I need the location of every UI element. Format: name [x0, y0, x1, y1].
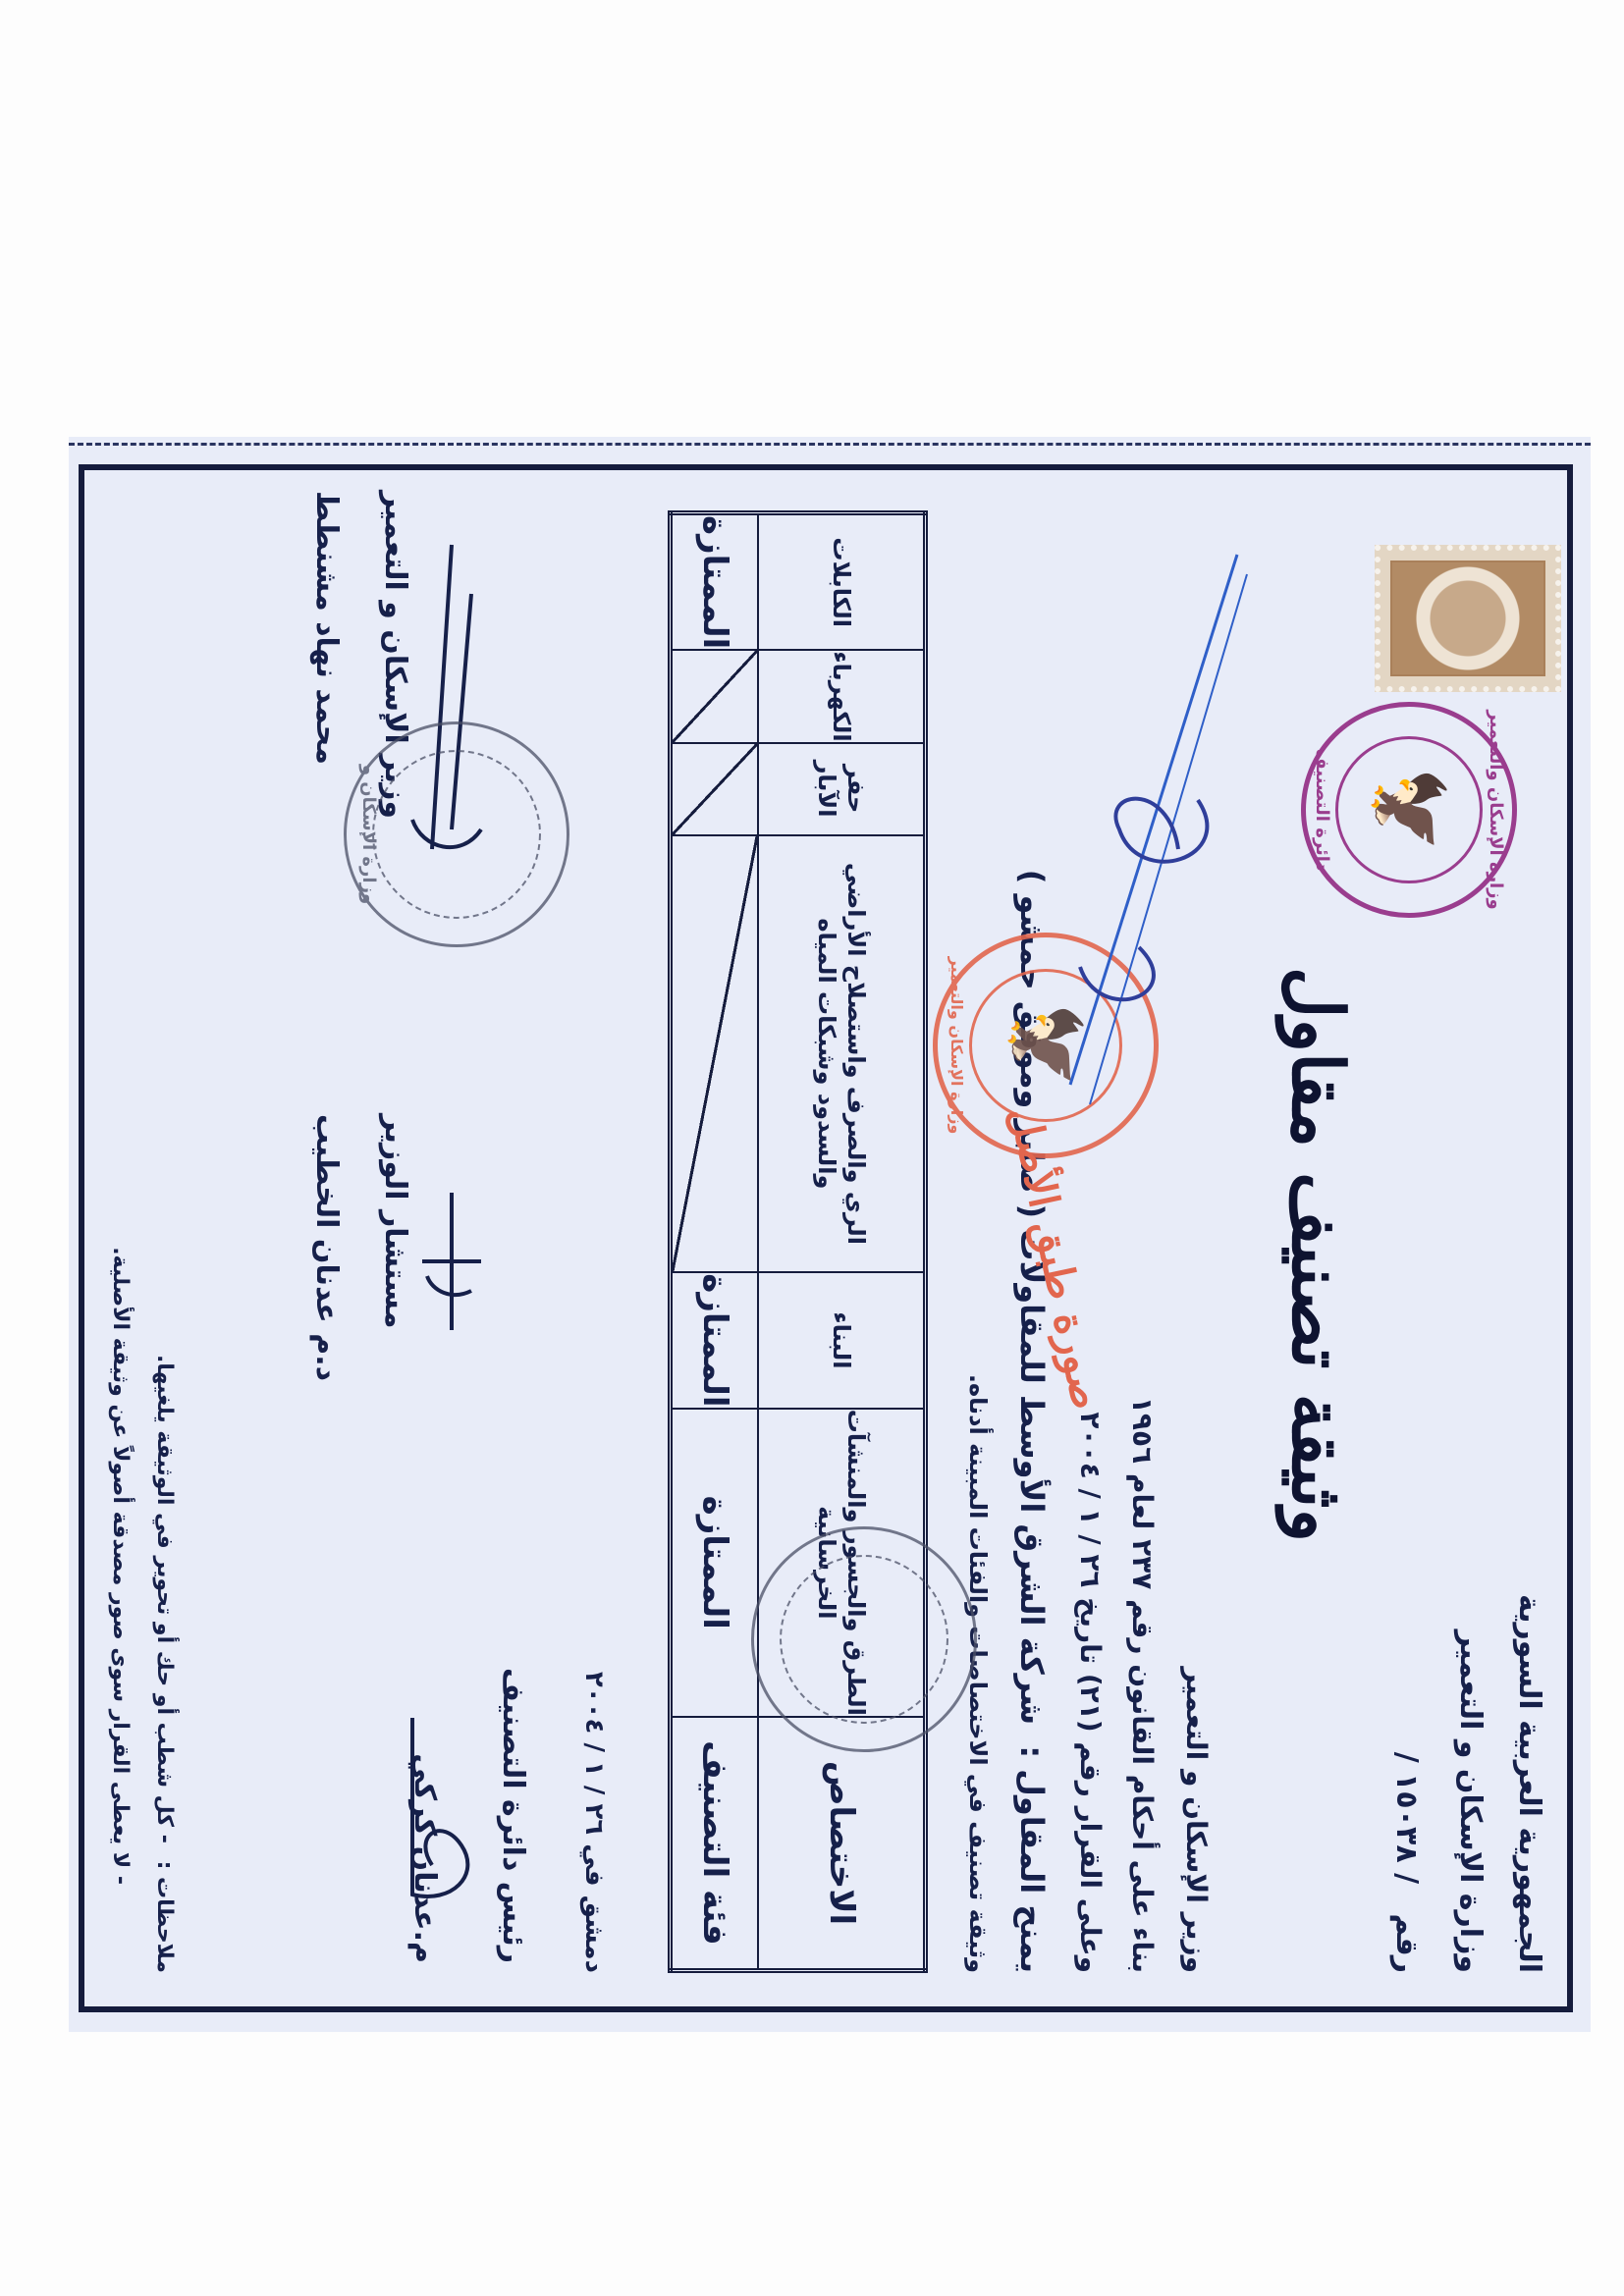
- sig3-name: محمد نهاد مشنطط: [309, 491, 344, 765]
- sig2-signature: [412, 1183, 491, 1340]
- contractor-label: يمنح المقاول :: [1013, 1745, 1051, 1973]
- notes-label: ملاحظات :: [152, 1861, 177, 1973]
- sig2-title: مستشار الوزير: [378, 1114, 412, 1328]
- ministry-name: وزارة الإسكان و التعمير: [1453, 1630, 1488, 1973]
- grade-cell-empty: [671, 743, 759, 835]
- sig2-name: د.م عدنان الخطيب: [309, 1114, 344, 1381]
- minister-line: وزير الإسكان و التعمير: [1180, 1667, 1213, 1973]
- grade-cell-empty: [671, 835, 759, 1273]
- classification-certificate: الجمهورية العربية السورية وزارة الإسكان …: [69, 437, 1591, 2032]
- classification-table: الاختصاص الطرق والجسور والمنشآت الخرساني…: [668, 510, 928, 1973]
- specialty-cell: الري والصرف واستصلاح الأراضي والسدود وشب…: [759, 835, 926, 1273]
- ministry-seal-gray: [751, 1526, 977, 1752]
- row-header-specialty: الاختصاص: [759, 1717, 926, 1971]
- row-header-grade: فئة التصنيف: [671, 1717, 759, 1971]
- sig1-signature: [393, 1698, 511, 1914]
- document-title: وثيقة تصنيف مقاول: [1276, 967, 1360, 1542]
- country-name: الجمهورية العربية السورية: [1512, 1594, 1546, 1973]
- minister-seal-gray: وزارة الإسكان و: [344, 721, 569, 947]
- number-label: رقم: [1389, 1914, 1424, 1973]
- eagle-emblem-icon: 🦅: [1365, 766, 1453, 854]
- perforation-line: [69, 443, 1591, 446]
- specialty-cell: الكهرباء: [759, 650, 926, 742]
- number-value: / ١٥٠٣٨ /: [1389, 1752, 1424, 1884]
- place-date: دمشق في ٢٦ / ١ / ٢٠٠٤: [579, 1672, 609, 1973]
- blue-pen-signature: [1060, 535, 1257, 1124]
- reference-number: رقم / ١٥٠٣٨ /: [1389, 1752, 1424, 1973]
- classification-department-seal: وزارة الإسكان والتعمير 🦅 دائرة التصنيف: [1301, 702, 1517, 918]
- grade-cell-empty: [671, 650, 759, 742]
- specialty-cell: الكابلات: [759, 513, 926, 651]
- specialty-cell: حفر الآبار: [759, 743, 926, 835]
- grade-cell: الممتازة: [671, 1272, 759, 1408]
- law-reference: بناء على أحكام القانون رقم ٢٣٧ لعام ١٩٥٦: [1126, 1397, 1159, 1973]
- grade-cell: الممتازة: [671, 1409, 759, 1717]
- notes-line-1: ملاحظات : - كل شطب أو حك أو تحوير في الو…: [152, 1355, 177, 1973]
- decision-reference: وعلى القرار رقم (٢١) تاريخ ٢٦ / ١ / ٢٠٠٤: [1074, 1412, 1107, 1973]
- revenue-stamp: [1375, 545, 1561, 692]
- grade-cell: الممتازة: [671, 513, 759, 651]
- specialty-cell: البناء: [759, 1272, 926, 1408]
- notes-line-2: - لا يعطى القرار سوى صور مصدقة أصولاً عن…: [108, 1247, 133, 1885]
- rotated-document: الجمهورية العربية السورية وزارة الإسكان …: [69, 437, 1591, 2032]
